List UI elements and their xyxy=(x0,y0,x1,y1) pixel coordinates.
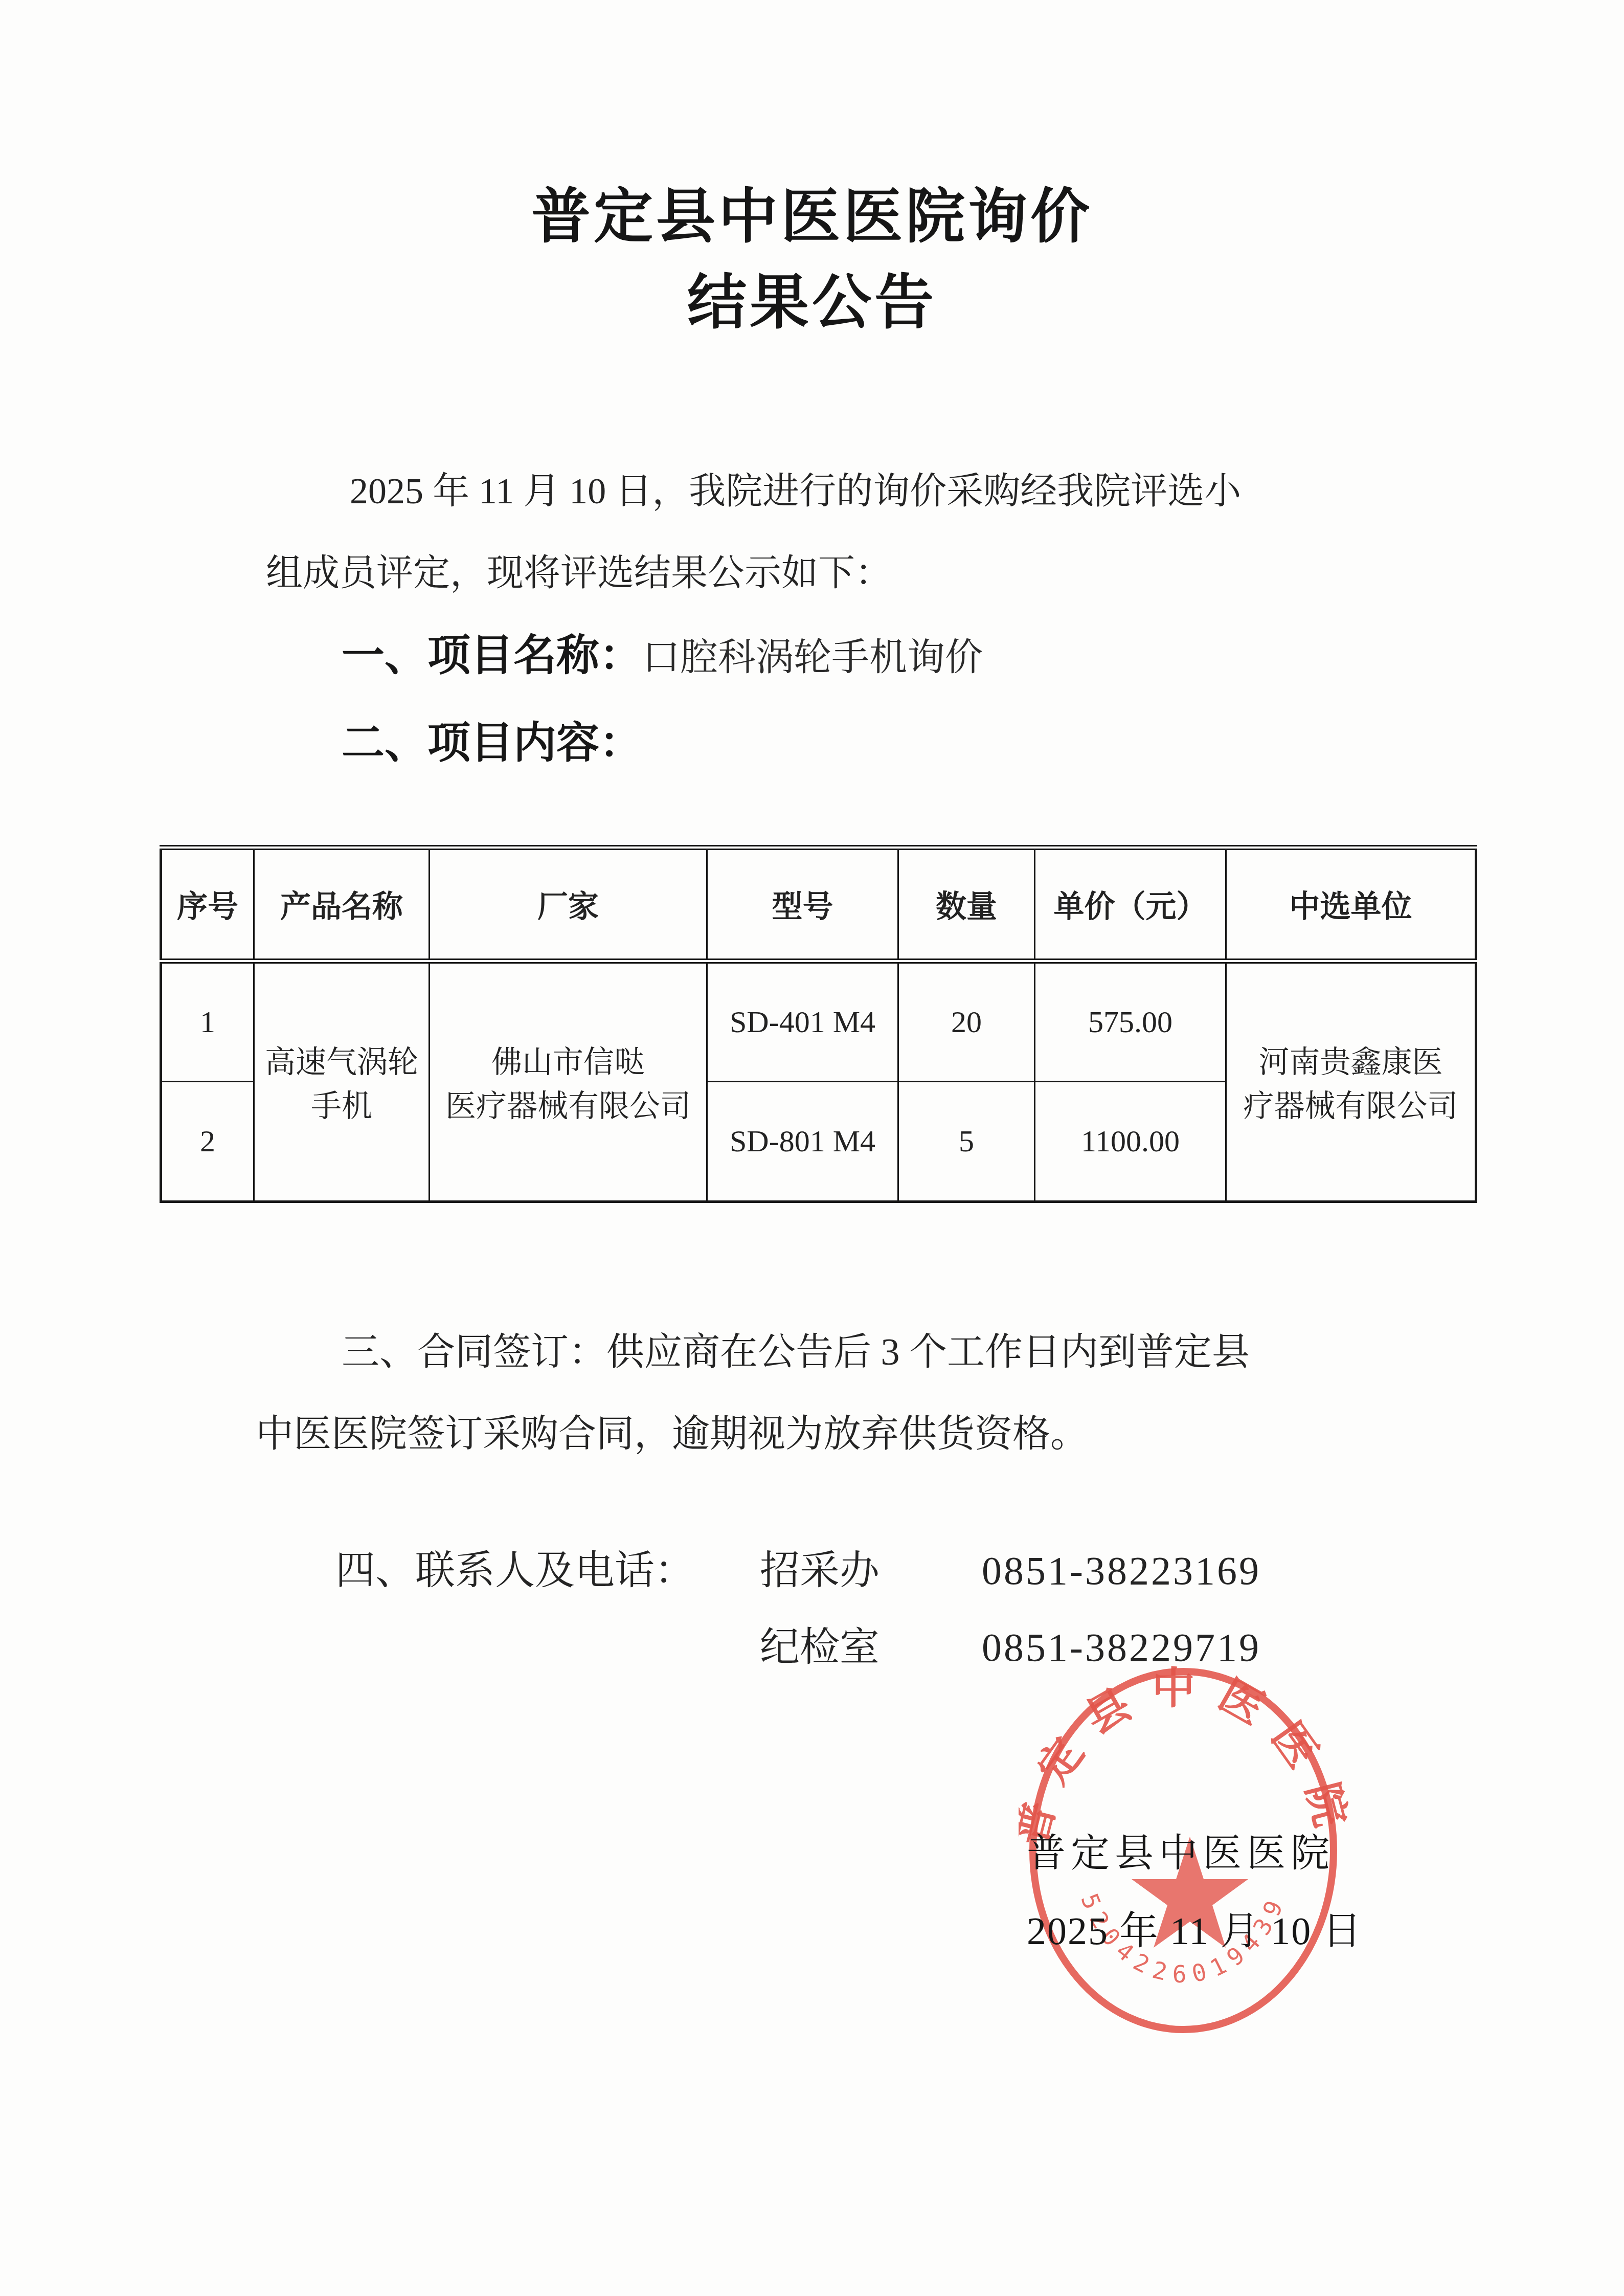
section-3-label: 三、合同签订： xyxy=(342,1331,606,1373)
title-line-1: 普定县中医医院询价 xyxy=(0,183,1624,250)
cell-price-1: 575.00 xyxy=(1035,961,1226,1081)
signature-date: 2025 年 11 月 10 日 xyxy=(1027,1892,1362,1970)
col-header-index: 序号 xyxy=(161,848,254,961)
table-header-row: 序号 产品名称 厂家 型号 数量 单价（元） 中选单位 xyxy=(161,848,1476,961)
intro-paragraph: 2025 年 11 月 10 日，我院进行的询价采购经我院评选小 组成员评定，现… xyxy=(266,450,1419,614)
section-3-contract: 三、合同签订：供应商在公告后 3 个工作日内到普定县 中医医院签订采购合同，逾期… xyxy=(256,1311,1338,1475)
col-header-unit-price: 单价（元） xyxy=(1035,848,1226,961)
contact-name-2: 纪检室 xyxy=(760,1617,879,1678)
col-header-quantity: 数量 xyxy=(898,848,1035,961)
cell-quantity-2: 5 xyxy=(898,1081,1035,1201)
result-table: 序号 产品名称 厂家 型号 数量 单价（元） 中选单位 1 高速气涡轮 手机 佛… xyxy=(160,845,1477,1203)
col-header-model: 型号 xyxy=(707,848,898,961)
cell-winner: 河南贵鑫康医 疗器械有限公司 xyxy=(1226,961,1476,1201)
cell-model-1: SD-401 M4 xyxy=(707,961,898,1081)
section-1-value: 口腔科涡轮手机询价 xyxy=(642,637,983,679)
cell-index-1: 1 xyxy=(161,961,254,1081)
table-row: 1 高速气涡轮 手机 佛山市信哒 医疗器械有限公司 SD-401 M4 20 5… xyxy=(161,961,1476,1081)
contact-spacer xyxy=(335,1617,694,1678)
signature-block: 普定县中医医院 2025 年 11 月 10 日 xyxy=(1027,1815,1362,1970)
contact-name-1: 招采办 xyxy=(760,1541,879,1601)
section-1-project-name: 一、项目名称：口腔科涡轮手机询价 xyxy=(342,627,1624,686)
col-header-winner: 中选单位 xyxy=(1226,848,1476,961)
cell-product-name: 高速气涡轮 手机 xyxy=(254,961,430,1201)
section-4-contacts: 四、联系人及电话： 招采办 0851-38223169 纪检室 0851-382… xyxy=(335,1541,1624,1678)
title-line-2: 结果公告 xyxy=(0,269,1624,336)
document-title: 普定县中医医院询价 结果公告 xyxy=(0,0,1624,336)
contact-phone-1: 0851-38223169 xyxy=(982,1541,1261,1601)
cell-price-2: 1100.00 xyxy=(1035,1081,1226,1201)
col-header-factory: 厂家 xyxy=(430,848,707,961)
col-header-product: 产品名称 xyxy=(254,848,430,961)
signature-org: 普定县中医医院 xyxy=(1027,1815,1362,1892)
section-1-label: 一、项目名称： xyxy=(342,631,642,679)
cell-factory: 佛山市信哒 医疗器械有限公司 xyxy=(430,961,707,1201)
cell-model-2: SD-801 M4 xyxy=(707,1081,898,1201)
cell-index-2: 2 xyxy=(161,1081,254,1201)
section-2-label: 二、项目内容： xyxy=(342,719,642,767)
cell-quantity-1: 20 xyxy=(898,961,1035,1081)
section-2-project-content: 二、项目内容： xyxy=(342,715,1624,773)
document-page: 普定县中医医院询价 结果公告 2025 年 11 月 10 日，我院进行的询价采… xyxy=(0,0,1624,2296)
section-4-label: 四、联系人及电话： xyxy=(335,1541,694,1601)
